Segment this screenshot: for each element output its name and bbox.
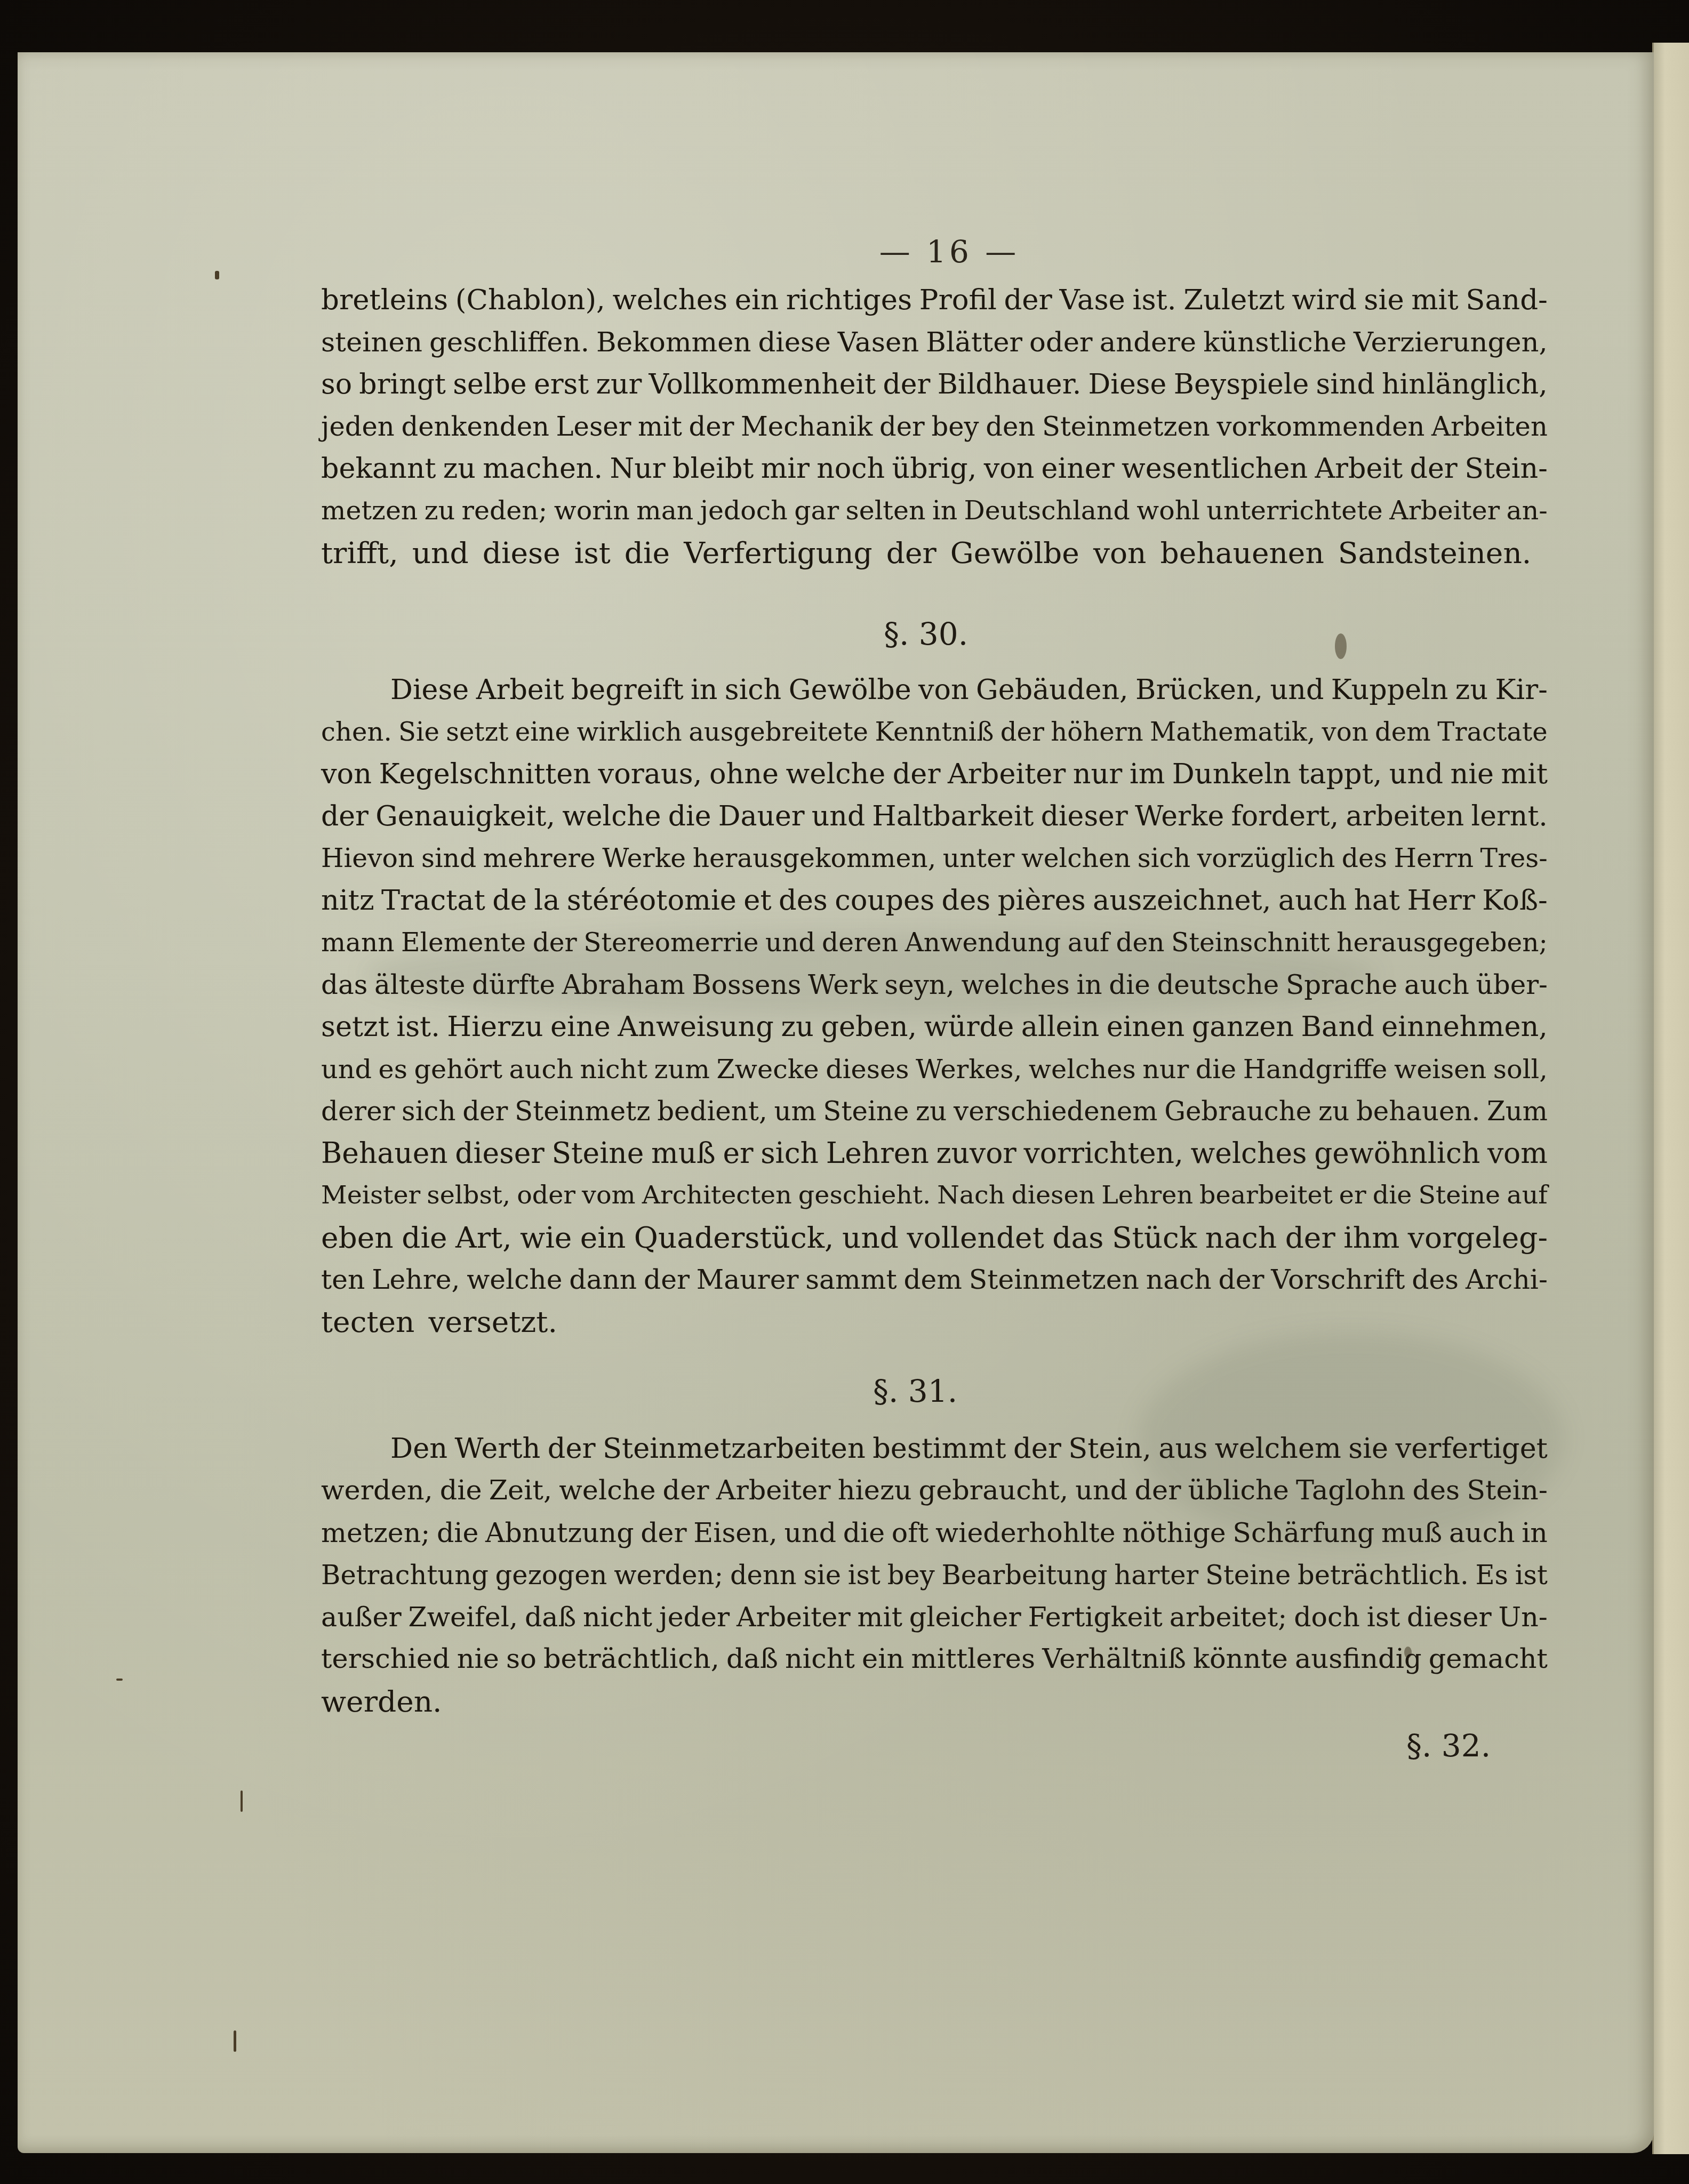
text-line: terschiedniesobeträchtlich,daßnichteinmi… <box>321 1642 1548 1676</box>
text-line: werden. <box>321 1684 1548 1719</box>
catchword: §. 32. <box>1406 1728 1491 1764</box>
paper-fleck <box>215 271 219 279</box>
text-line: sobringtselbeerstzurVollkommenheitderBil… <box>321 367 1548 402</box>
paper-fleck <box>116 1679 123 1681</box>
paper-fleck <box>234 2030 236 2052</box>
text-line: trifft,unddieseistdieVerfertigungderGewö… <box>321 536 1548 570</box>
text-line: vonKegelschnittenvoraus,ohnewelchederArb… <box>321 757 1548 791</box>
text-line: BehauendieserSteinemußersichLehrenzuvorv… <box>321 1136 1548 1170</box>
text-line: chen.SiesetzteinewirklichausgebreiteteKe… <box>321 715 1548 749</box>
text-line: dasältestedürfteAbrahamBossensWerkseyn,w… <box>321 968 1548 1002</box>
text-line: werden,dieZeit,welchederArbeiterhiezugeb… <box>321 1474 1548 1508</box>
text-line: metzenzureden;worinmanjedochgarselteninD… <box>321 494 1548 528</box>
text-line: tectenversetzt. <box>321 1305 1548 1339</box>
section-heading-30: §. 30. <box>884 616 968 652</box>
text-line: bekanntzumachen.Nurbleibtmirnochübrig,vo… <box>321 452 1548 486</box>
text-line: nitzTractatdelastéréotomieetdescoupesdes… <box>321 884 1548 918</box>
text-line: HievonsindmehrereWerkeherausgekommen,unt… <box>321 841 1548 876</box>
text-line: Meisterselbst,odervomArchitectengeschieh… <box>321 1178 1548 1213</box>
section-heading-31: §. 31. <box>873 1373 957 1409</box>
text-line: derGenauigkeit,welchedieDauerundHaltbark… <box>321 799 1548 833</box>
text-line: Betrachtunggezogenwerden;dennsieistbeyBe… <box>321 1558 1548 1592</box>
text-line: setztist.HierzueineAnweisungzugeben,würd… <box>321 1010 1548 1044</box>
text-line: undesgehörtauchnichtzumZweckediesesWerke… <box>321 1052 1548 1086</box>
text-line: metzen;dieAbnutzungderEisen,unddieoftwie… <box>321 1516 1548 1550</box>
ink-spot <box>1335 633 1347 659</box>
text-line: DenWerthderSteinmetzarbeitenbestimmtderS… <box>321 1432 1548 1466</box>
adjacent-page-edge <box>1652 43 1689 2154</box>
text-line: DieseArbeitbegreiftinsichGewölbevonGebäu… <box>321 673 1548 707</box>
text-line: ebendieArt,wieeinQuaderstück,undvollende… <box>321 1221 1548 1255</box>
text-line: derersichderSteinmetzbedient,umSteinezuv… <box>321 1094 1548 1128</box>
text-line: steinengeschliffen.BekommendieseVasenBlä… <box>321 325 1548 359</box>
text-line: tenLehre,welchedannderMaurersammtdemStei… <box>321 1263 1548 1297</box>
text-line: außerZweifel,daßnichtjederArbeitermitgle… <box>321 1600 1548 1634</box>
page-number: — 16 — <box>869 234 1029 270</box>
text-line: jedendenkendenLesermitderMechanikderbeyd… <box>321 409 1548 444</box>
paper-fleck <box>241 1790 243 1812</box>
text-line: bretleins(Chablon),welcheseinrichtigesPr… <box>321 283 1548 317</box>
text-line: mannElementederStereomerrieundderenAnwen… <box>321 926 1548 960</box>
